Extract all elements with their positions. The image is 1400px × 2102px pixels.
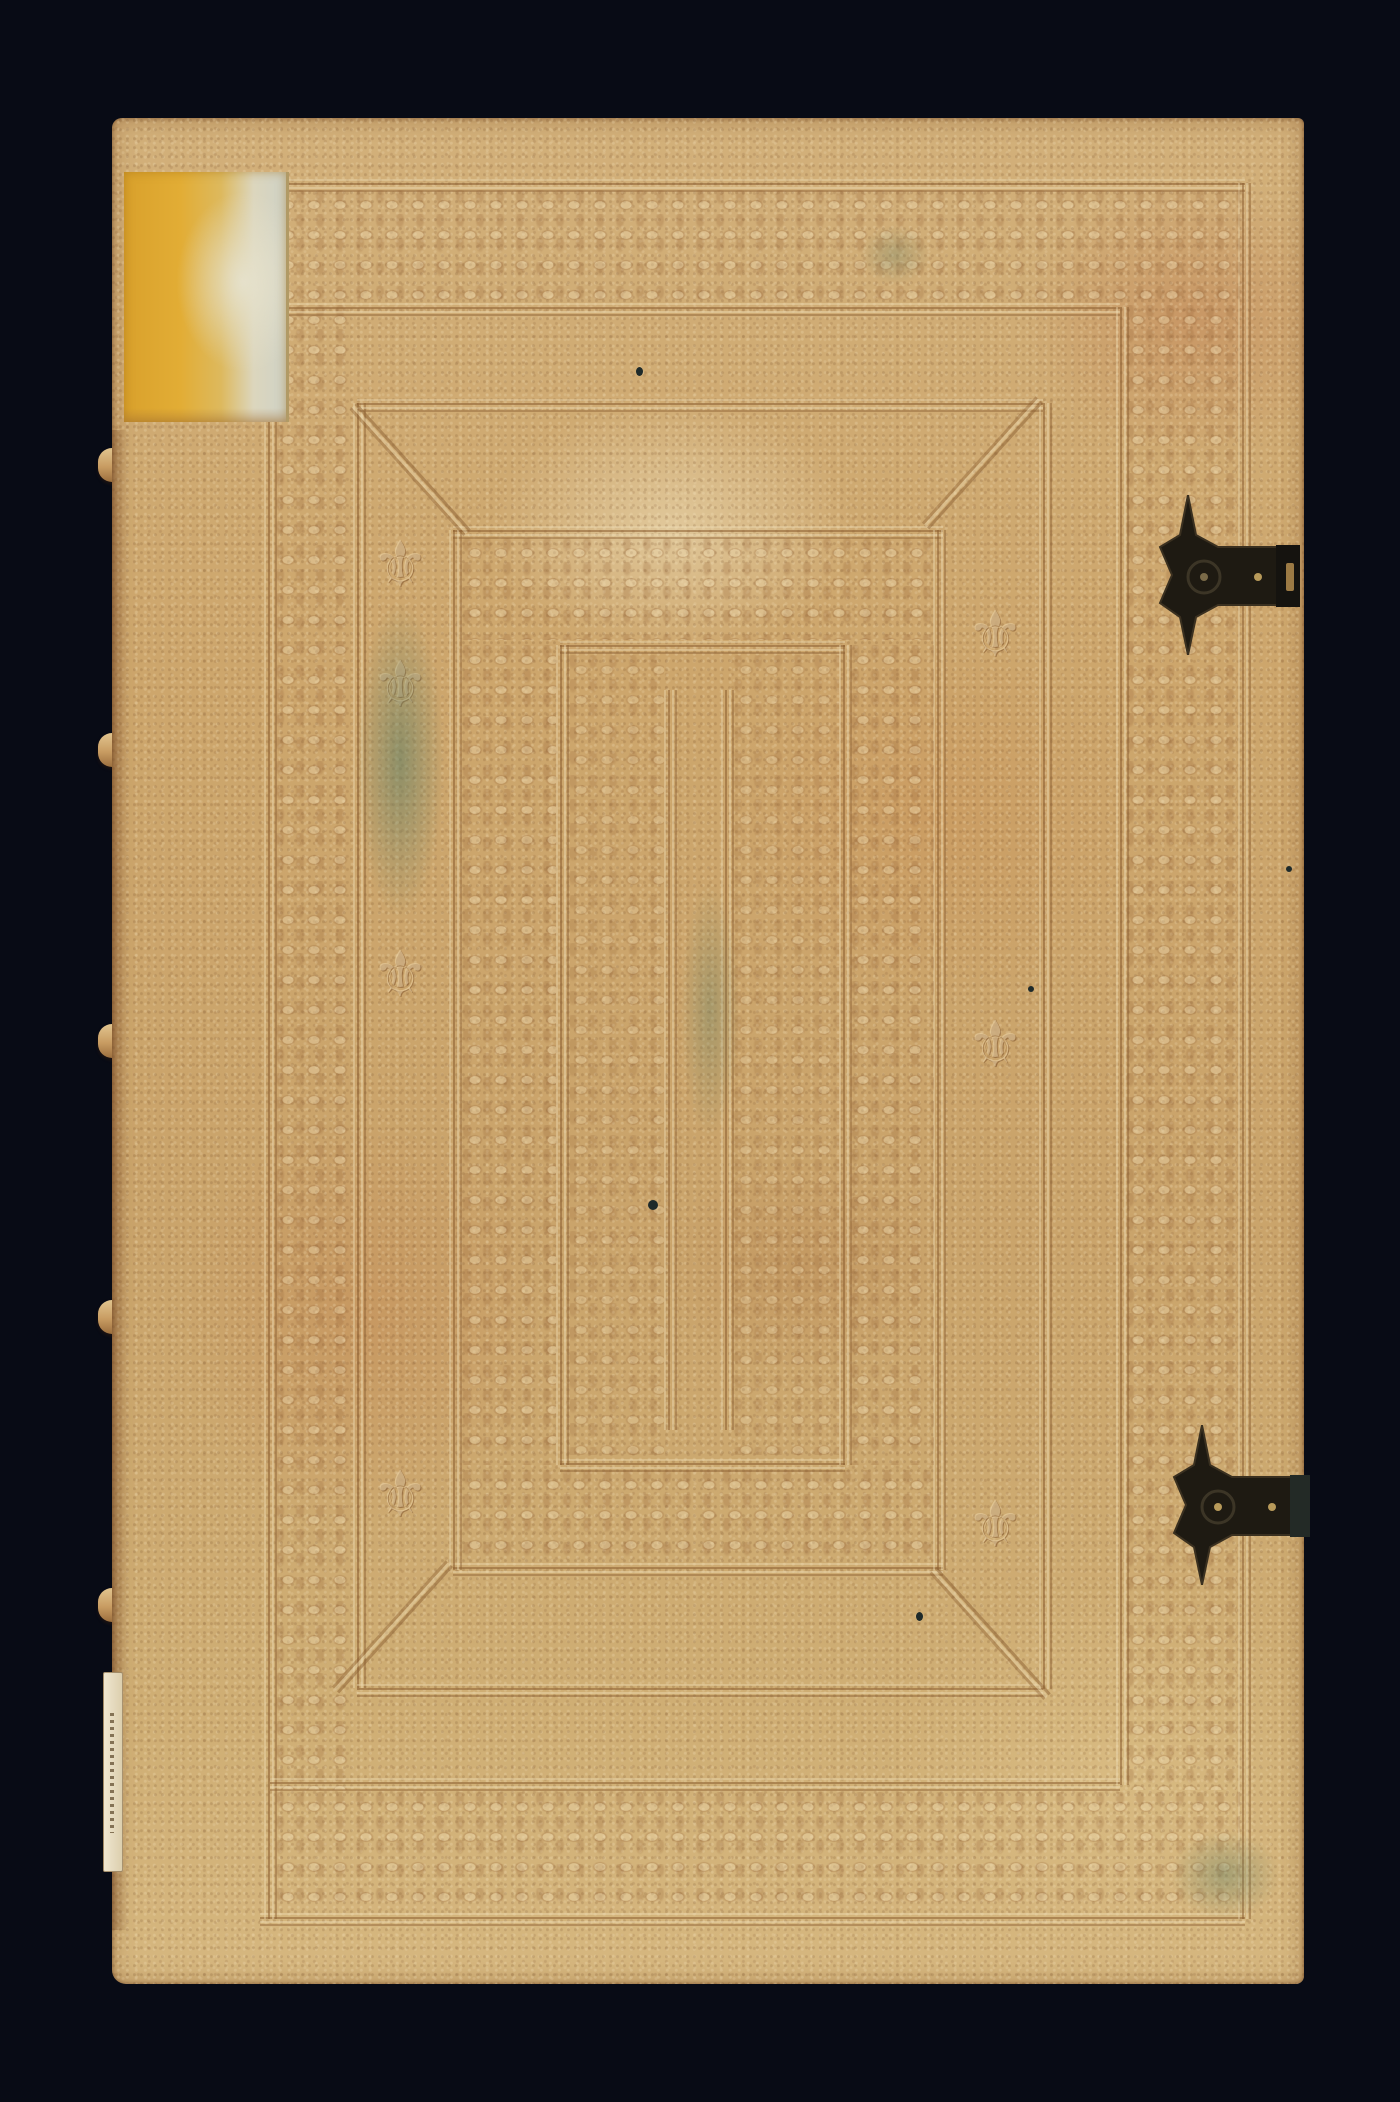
shelfmark-label [103,1672,123,1872]
clasp-catch-bottom [1172,1425,1322,1585]
green-stain [355,600,445,920]
roll-border-bottom [275,1792,1240,1912]
fleur-de-lis-icon: ⚜ [965,590,1025,680]
worm-hole [636,367,643,376]
roll-border-top [275,190,1240,302]
tooled-fillet-left-outer [268,183,270,1919]
fleur-de-lis-icon: ⚜ [965,1000,1025,1090]
roll-center-right [733,655,839,1455]
roll-panel-right [850,645,934,1465]
yellow-paper-label [124,172,289,422]
worm-hole [1286,866,1292,872]
tooled-fillet-center-left [668,690,670,1430]
roll-panel-top [462,538,932,640]
tooled-fillet-bottom-inner [453,1567,943,1569]
tooled-fillet-bottom-2 [270,1782,1120,1784]
tooled-fillet-right-2 [1120,307,1122,1785]
tooled-fillet-right-inner [937,530,939,1570]
tooled-fillet-top-inner [453,530,943,532]
roll-panel-bottom [462,1470,932,1562]
shelfmark-text-illegible [110,1713,114,1833]
tooled-fillet-bottom-innermost [560,1463,845,1465]
tooled-fillet-top-2 [270,307,1120,309]
roll-center-left [568,655,664,1455]
clasp-icon [1172,1425,1322,1585]
tooled-fillet-top-innermost [560,645,845,647]
photo-stage: ⚜ ⚜ ⚜ ⚜ ⚜ ⚜ ⚜ [0,0,1400,2102]
tooled-fillet-right-innermost [843,645,845,1465]
tooled-fillet-left-2 [357,403,359,1688]
green-stain [680,880,740,1140]
tooled-fillet-left-innermost [560,645,562,1465]
worm-hole [648,1200,658,1210]
tooled-fillet-top-outer [260,183,1245,185]
green-stain [1170,1830,1280,1920]
fleur-de-lis-icon: ⚜ [370,930,430,1020]
tooled-fillet-bottom-3 [357,1688,1043,1690]
tooled-fillet-left-inner [453,530,455,1570]
tooled-fillet-right-3 [1043,403,1045,1689]
roll-border-left [275,305,353,1790]
fleur-de-lis-icon: ⚜ [370,1450,430,1540]
tooled-fillet-right-outer [1242,183,1244,1919]
worm-hole [916,1612,923,1621]
tooled-fillet-top-3 [357,403,1043,405]
roll-panel-left [462,645,556,1465]
clasp-catch-top [1158,495,1308,655]
green-stain [860,225,930,285]
worm-hole [1028,986,1034,992]
fleur-de-lis-icon: ⚜ [370,520,430,610]
fleur-de-lis-icon: ⚜ [965,1480,1025,1570]
clasp-icon [1158,495,1308,655]
tooled-fillet-bottom-outer [260,1917,1245,1919]
